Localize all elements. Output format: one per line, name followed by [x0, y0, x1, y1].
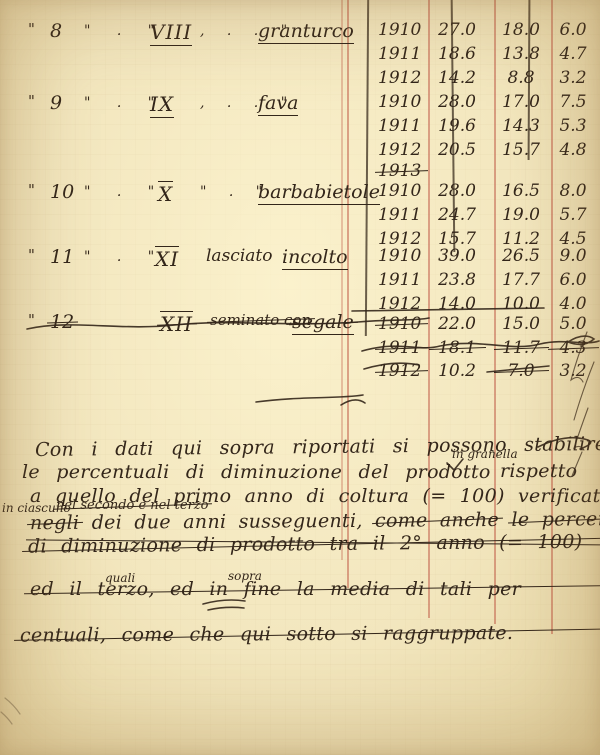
- value-cell: 4.7: [551, 44, 595, 64]
- year-label: 1910: [378, 20, 424, 40]
- year-label: 1912: [378, 68, 424, 88]
- corner-scribble: [1, 698, 20, 724]
- struck-value-cell: 7.0: [497, 361, 545, 381]
- value-cell: 39.0: [432, 246, 482, 266]
- struck-paragraph-line: di diminuzione di prodotto tra il 2° ann…: [28, 530, 600, 557]
- value-cell: 6.0: [551, 20, 595, 40]
- value-cell: 14.2: [432, 68, 482, 88]
- year-label: 1911: [378, 116, 424, 136]
- year-line: 1912 10.2 7.0 3.2: [0, 361, 600, 385]
- value-cell: 28.0: [432, 92, 482, 112]
- value-cell: 18.0: [497, 20, 545, 40]
- struck-word: le percentuali: [511, 508, 600, 531]
- value-cell: 20.5: [432, 140, 482, 160]
- value-cell: 28.0: [432, 181, 482, 201]
- year-line: 1911 18.6 13.8 4.7: [0, 44, 600, 68]
- value-cell: 13.8: [497, 44, 545, 64]
- value-cell: 8.8: [497, 68, 545, 88]
- value-cell: 23.8: [432, 270, 482, 290]
- struck-year-label: 1912: [378, 361, 424, 381]
- year-line: 1910 28.0 17.0 7.5: [0, 92, 600, 116]
- value-cell: 5.3: [551, 116, 595, 136]
- paragraph-word: rispetto: [500, 460, 577, 482]
- value-cell: 19.6: [432, 116, 482, 136]
- value-cell: 6.0: [551, 270, 595, 290]
- interline-insert: in granella: [452, 447, 518, 461]
- value-cell: 17.7: [497, 270, 545, 290]
- value-cell: 7.5: [551, 92, 595, 112]
- paragraph-line: negli dei due anni susseguenti, come anc…: [30, 508, 600, 534]
- value-cell: 3.2: [551, 68, 595, 88]
- year-label: 1910: [378, 92, 424, 112]
- interline-insert: quali: [105, 571, 135, 585]
- value-cell: 14.3: [497, 116, 545, 136]
- year-label: 1912: [378, 140, 424, 160]
- value-cell: 24.7: [432, 205, 482, 225]
- struck-word: negli: [30, 512, 79, 534]
- value-cell: 19.0: [497, 205, 545, 225]
- value-cell: 10.2: [432, 361, 482, 381]
- struck-year-label: 1910: [378, 314, 424, 334]
- year-label: 1911: [378, 44, 424, 64]
- value-cell: 26.5: [497, 246, 545, 266]
- struck-value-cell: 4.3: [551, 338, 595, 358]
- value-cell: 3.2: [551, 361, 595, 381]
- value-cell: 5.7: [551, 205, 595, 225]
- value-cell: 4.8: [551, 140, 595, 160]
- year-line: 1910 27.0 18.0 6.0: [0, 20, 600, 44]
- paragraph-line: le percentuali di diminuzione del prodot…: [22, 461, 491, 483]
- struck-word: come anche: [375, 509, 499, 532]
- value-cell: 5.0: [551, 314, 595, 334]
- value-cell: 22.0: [432, 314, 482, 334]
- value-cell: 15.7: [497, 140, 545, 160]
- year-label: 1911: [378, 205, 424, 225]
- year-line: 1910 22.0 15.0 5.0: [0, 314, 600, 338]
- year-line: 1911 18.1 11.7 4.3: [0, 338, 600, 362]
- year-line: 1911 23.8 17.7 6.0: [0, 270, 600, 294]
- value-cell: 18.6: [432, 44, 482, 64]
- year-line: 1912 14.2 8.8 3.2: [0, 68, 600, 92]
- year-line: 1911 19.6 14.3 5.3: [0, 116, 600, 140]
- year-line: 1910 39.0 26.5 9.0: [0, 246, 600, 270]
- value-cell: 9.0: [551, 246, 595, 266]
- year-line: 1911 24.7 19.0 5.7: [0, 205, 600, 229]
- value-cell: 27.0: [432, 20, 482, 40]
- paragraph-word: dei due anni susseguenti,: [92, 510, 363, 534]
- year-line: 1910 28.0 16.5 8.0: [0, 181, 600, 205]
- manuscript-page: " 8 " . " VIII , . . " granturco 1910 27…: [0, 0, 600, 755]
- struck-value-cell: 18.1: [432, 338, 482, 358]
- struck-year-label: 1913: [378, 161, 424, 181]
- interline-insert: sopra: [228, 569, 262, 583]
- value-cell: 15.0: [497, 314, 545, 334]
- struck-paragraph-line: centuali, come che qui sotto si raggrupp…: [20, 621, 600, 646]
- struck-year-label: 1911: [378, 338, 424, 358]
- struck-value-cell: 11.7: [497, 338, 545, 358]
- value-cell: 17.0: [497, 92, 545, 112]
- value-cell: 8.0: [551, 181, 595, 201]
- value-cell: 16.5: [497, 181, 545, 201]
- year-label: 1910: [378, 181, 424, 201]
- equals-squiggle: [203, 600, 245, 610]
- year-label: 1911: [378, 270, 424, 290]
- year-label: 1910: [378, 246, 424, 266]
